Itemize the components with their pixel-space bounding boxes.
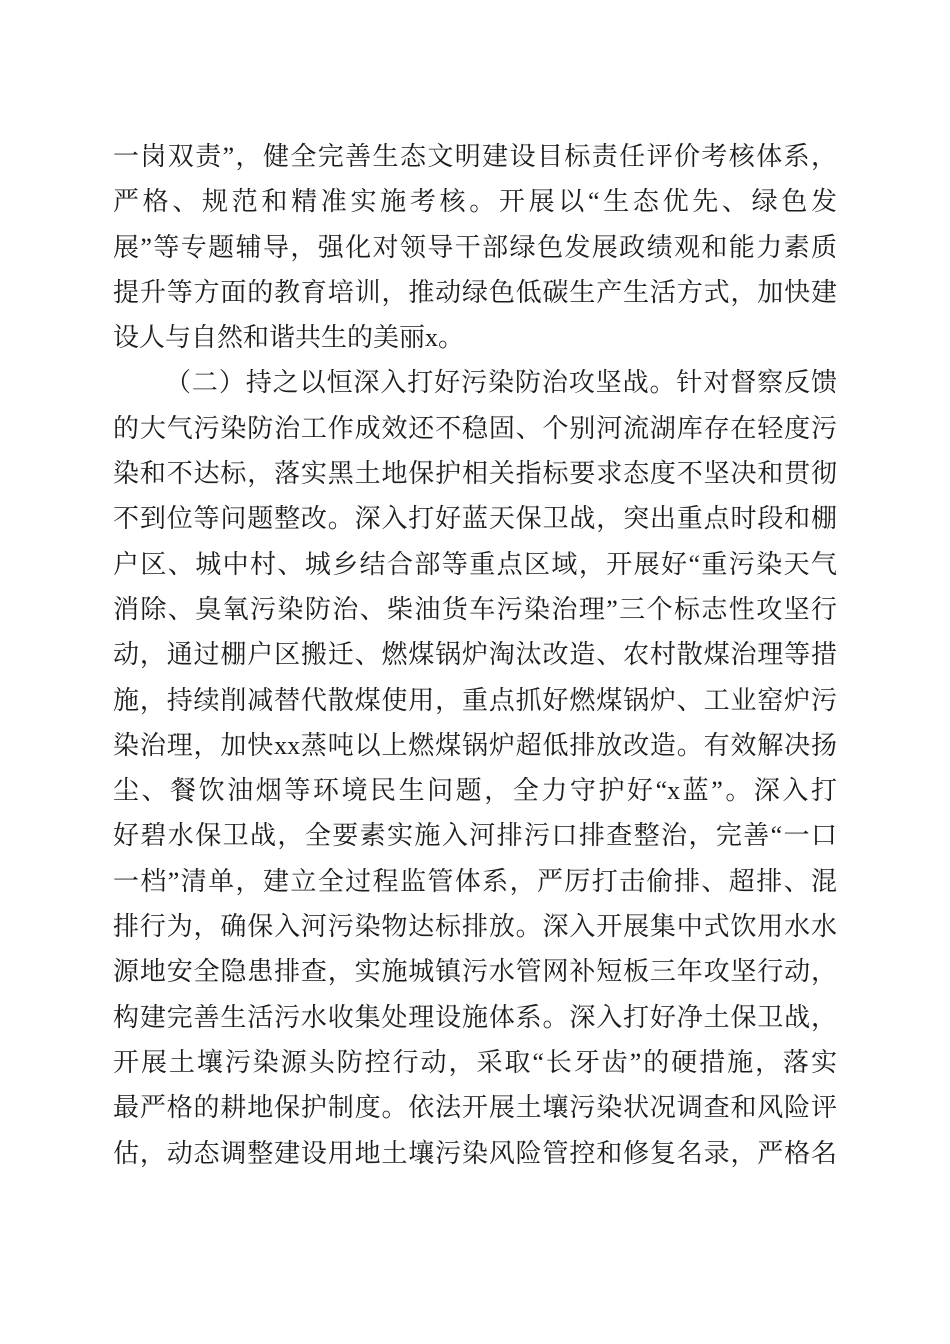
document-page: 一岗双责”，健全完善生态文明建设目标责任评价考核体系，严格、规范和精准实施考核。… [0, 0, 950, 1344]
text-line: 构建完善生活污水收集处理设施体系。深入打好净土保卫战， [113, 995, 837, 1040]
text-line: 严格、规范和精准实施考核。开展以“生态优先、绿色发 [113, 179, 837, 224]
document-body-text: 一岗双责”，健全完善生态文明建设目标责任评价考核体系，严格、规范和精准实施考核。… [113, 134, 837, 1176]
text-line: 不到位等问题整改。深入打好蓝天保卫战，突出重点时段和棚 [113, 496, 837, 541]
text-line: 的大气污染防治工作成效还不稳固、个别河流湖库存在轻度污 [113, 406, 837, 451]
text-line: 展”等专题辅导，强化对领导干部绿色发展政绩观和能力素质 [113, 225, 837, 270]
text-line: 染和不达标，落实黑土地保护相关指标要求态度不坚决和贯彻 [113, 451, 837, 496]
text-line: 设人与自然和谐共生的美丽x。 [113, 315, 837, 360]
text-line: 尘、餐饮油烟等环境民生问题，全力守护好“x蓝”。深入打 [113, 768, 837, 813]
text-line: 施，持续削减替代散煤使用，重点抓好燃煤锅炉、工业窑炉污 [113, 678, 837, 723]
text-line: 排行为，确保入河污染物达标排放。深入开展集中式饮用水水 [113, 904, 837, 949]
text-line: 开展土壤污染源头防控行动，采取“长牙齿”的硬措施，落实 [113, 1040, 837, 1085]
text-line: 一岗双责”，健全完善生态文明建设目标责任评价考核体系， [113, 134, 837, 179]
text-line: 户区、城中村、城乡结合部等重点区域，开展好“重污染天气 [113, 542, 837, 587]
text-line: 最严格的耕地保护制度。依法开展土壤污染状况调查和风险评 [113, 1085, 837, 1130]
text-line: 一档”清单，建立全过程监管体系，严厉打击偷排、超排、混 [113, 859, 837, 904]
text-line: （二）持之以恒深入打好污染防治攻坚战。针对督察反馈 [113, 360, 837, 405]
text-line: 染治理，加快xx蒸吨以上燃煤锅炉超低排放改造。有效解决扬 [113, 723, 837, 768]
text-line: 估，动态调整建设用地土壤污染风险管控和修复名录，严格名 [113, 1131, 837, 1176]
text-line: 动，通过棚户区搬迁、燃煤锅炉淘汰改造、农村散煤治理等措 [113, 632, 837, 677]
text-line: 提升等方面的教育培训，推动绿色低碳生产生活方式，加快建 [113, 270, 837, 315]
text-line: 消除、臭氧污染防治、柴油货车污染治理”三个标志性攻坚行 [113, 587, 837, 632]
text-line: 好碧水保卫战，全要素实施入河排污口排查整治，完善“一口 [113, 813, 837, 858]
text-line: 源地安全隐患排查，实施城镇污水管网补短板三年攻坚行动， [113, 949, 837, 994]
